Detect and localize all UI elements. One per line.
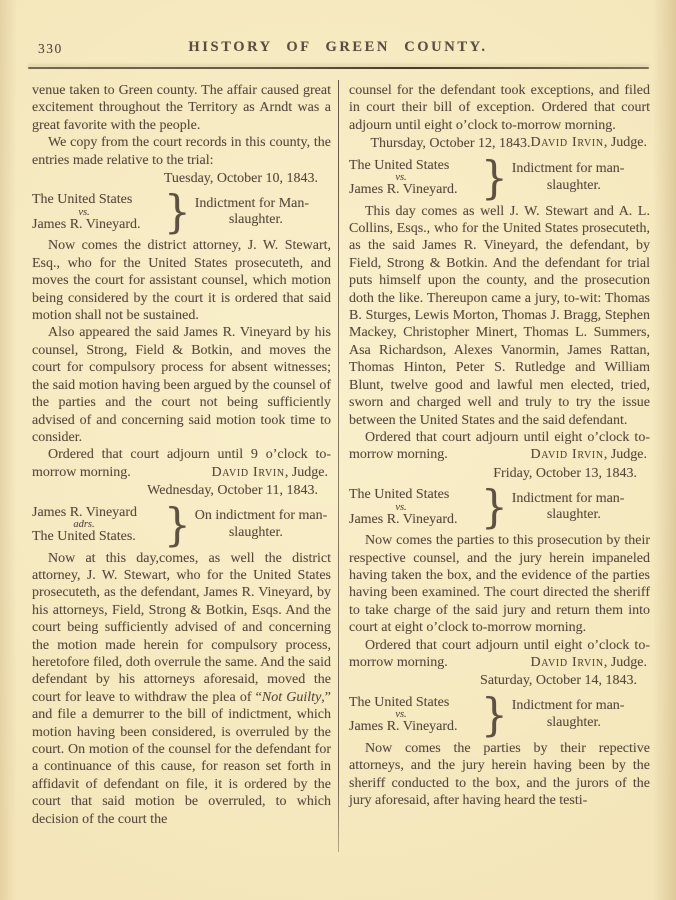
charge-line-2: slaughter. xyxy=(512,715,650,732)
paragraph-text: ,” and file a demurrer to the bill of in… xyxy=(32,690,331,827)
case-brace: } xyxy=(481,484,508,531)
charge-line-1: Indictment for man- xyxy=(512,161,650,178)
charge-line-2: slaughter. xyxy=(195,212,331,229)
page-title: HISTORY OF GREEN COUNTY. xyxy=(0,39,676,56)
case-brace: } xyxy=(481,691,508,738)
case-caption-wednesday: James R. Vineyard adrs. The United State… xyxy=(32,503,331,547)
charge-line-1: Indictment for man- xyxy=(512,491,650,508)
case-parties: The United States vs. James R. Vineyard. xyxy=(349,487,481,527)
adversus-label: adrs. xyxy=(32,520,164,529)
versus-label: vs. xyxy=(349,503,481,512)
case-charge: Indictment for Man- slaughter. xyxy=(195,196,331,229)
date-line-saturday: Saturday, October 14, 1843. xyxy=(349,672,650,689)
order-text: counsel for the defendant took exception… xyxy=(349,83,650,133)
charge-line-1: On indictment for man- xyxy=(195,508,331,525)
case-caption-thursday: The United States vs. James R. Vineyard.… xyxy=(349,156,650,200)
paragraph-text: Now at this day,comes, as well the distr… xyxy=(32,551,331,705)
paragraph-wednesday-proceedings: Now at this day,comes, as well the distr… xyxy=(32,550,331,829)
charge-line-2: slaughter. xyxy=(195,525,331,542)
judge-signature: David Irvin, Judge. xyxy=(531,134,651,151)
party-defendant: James R. Vineyard. xyxy=(349,719,481,735)
paragraph-district-attorney: Now comes the district attorney, J. W. S… xyxy=(32,237,331,324)
column-divider xyxy=(338,80,339,852)
charge-line-1: Indictment for man- xyxy=(512,698,650,715)
case-caption-saturday: The United States vs. James R. Vineyard.… xyxy=(349,693,650,737)
plea-not-guilty: Not Guilty xyxy=(262,690,321,705)
charge-line-2: slaughter. xyxy=(512,178,650,195)
case-charge: Indictment for man- slaughter. xyxy=(512,698,650,731)
paragraph-thursday-jury: This day comes as well J. W. Stewart and… xyxy=(349,203,650,429)
judge-title: , Judge. xyxy=(285,465,328,480)
versus-label: vs. xyxy=(32,208,164,217)
judge-title: , Judge. xyxy=(604,135,647,150)
party-defendant: James R. Vineyard. xyxy=(349,182,481,198)
case-caption-friday: The United States vs. James R. Vineyard.… xyxy=(349,485,650,529)
charge-line-1: Indictment for Man- xyxy=(195,196,331,213)
order-paragraph-wednesday: counsel for the defendant took exception… xyxy=(349,82,650,134)
versus-label: vs. xyxy=(349,710,481,719)
order-paragraph-thursday: Ordered that court adjourn until eight o… xyxy=(349,429,650,464)
book-page: 330 HISTORY OF GREEN COUNTY. venue taken… xyxy=(0,0,676,900)
case-brace: } xyxy=(164,501,191,548)
order-paragraph-tuesday: Ordered that court adjourn until 9 o’clo… xyxy=(32,446,331,481)
paragraph-copy-records: We copy from the court records in this c… xyxy=(32,134,331,169)
party-plaintiff: The United States xyxy=(32,192,164,208)
header-rule xyxy=(28,67,649,69)
party-defendant: James R. Vineyard. xyxy=(349,512,481,528)
charge-line-2: slaughter. xyxy=(512,507,650,524)
case-parties: The United States vs. James R. Vineyard. xyxy=(349,695,481,735)
paragraph-also-appeared: Also appeared the said James R. Vineyard… xyxy=(32,324,331,446)
party-plaintiff: The United States xyxy=(349,487,481,503)
party-plaintiff: The United States xyxy=(349,158,481,174)
judge-name: David Irvin xyxy=(531,447,604,462)
party-defendant: James R. Vineyard xyxy=(32,505,164,521)
party-plaintiff: The United States xyxy=(349,695,481,711)
paragraph-saturday-testimony: Now comes the parties by their repective… xyxy=(349,740,650,810)
judge-title: , Judge. xyxy=(604,447,647,462)
case-caption-tuesday: The United States vs. James R. Vineyard.… xyxy=(32,190,331,234)
judge-title: , Judge. xyxy=(604,655,647,670)
date-line-wednesday: Wednesday, October 11, 1843. xyxy=(32,482,331,499)
case-charge: Indictment for man- slaughter. xyxy=(512,491,650,524)
judge-name: David Irvin xyxy=(531,655,604,670)
case-parties: The United States vs. James R. Vineyard. xyxy=(32,192,164,232)
case-brace: } xyxy=(164,189,191,236)
judge-signature: David Irvin, Judge. xyxy=(196,464,332,481)
party-defendant: James R. Vineyard. xyxy=(32,217,164,233)
right-column: counsel for the defendant took exception… xyxy=(349,82,650,809)
date-line-friday: Friday, October 13, 1843. xyxy=(349,465,650,482)
judge-signature: David Irvin, Judge. xyxy=(515,654,651,671)
party-plaintiff: The United States. xyxy=(32,529,164,545)
versus-label: vs. xyxy=(349,173,481,182)
paragraph-friday-prosecution: Now comes the parties to this prosecutio… xyxy=(349,532,650,636)
case-charge: On indictment for man- slaughter. xyxy=(195,508,331,541)
case-parties: The United States vs. James R. Vineyard. xyxy=(349,158,481,198)
order-paragraph-friday: Ordered that court adjourn until eight o… xyxy=(349,637,650,672)
paragraph-venue: venue taken to Green county. The affair … xyxy=(32,82,331,134)
left-column: venue taken to Green county. The affair … xyxy=(32,82,331,828)
judge-signature: David Irvin, Judge. xyxy=(515,446,651,463)
case-brace: } xyxy=(481,154,508,201)
case-parties: James R. Vineyard adrs. The United State… xyxy=(32,505,164,545)
judge-name: David Irvin xyxy=(531,135,604,150)
case-charge: Indictment for man- slaughter. xyxy=(512,161,650,194)
judge-name: David Irvin xyxy=(212,465,285,480)
